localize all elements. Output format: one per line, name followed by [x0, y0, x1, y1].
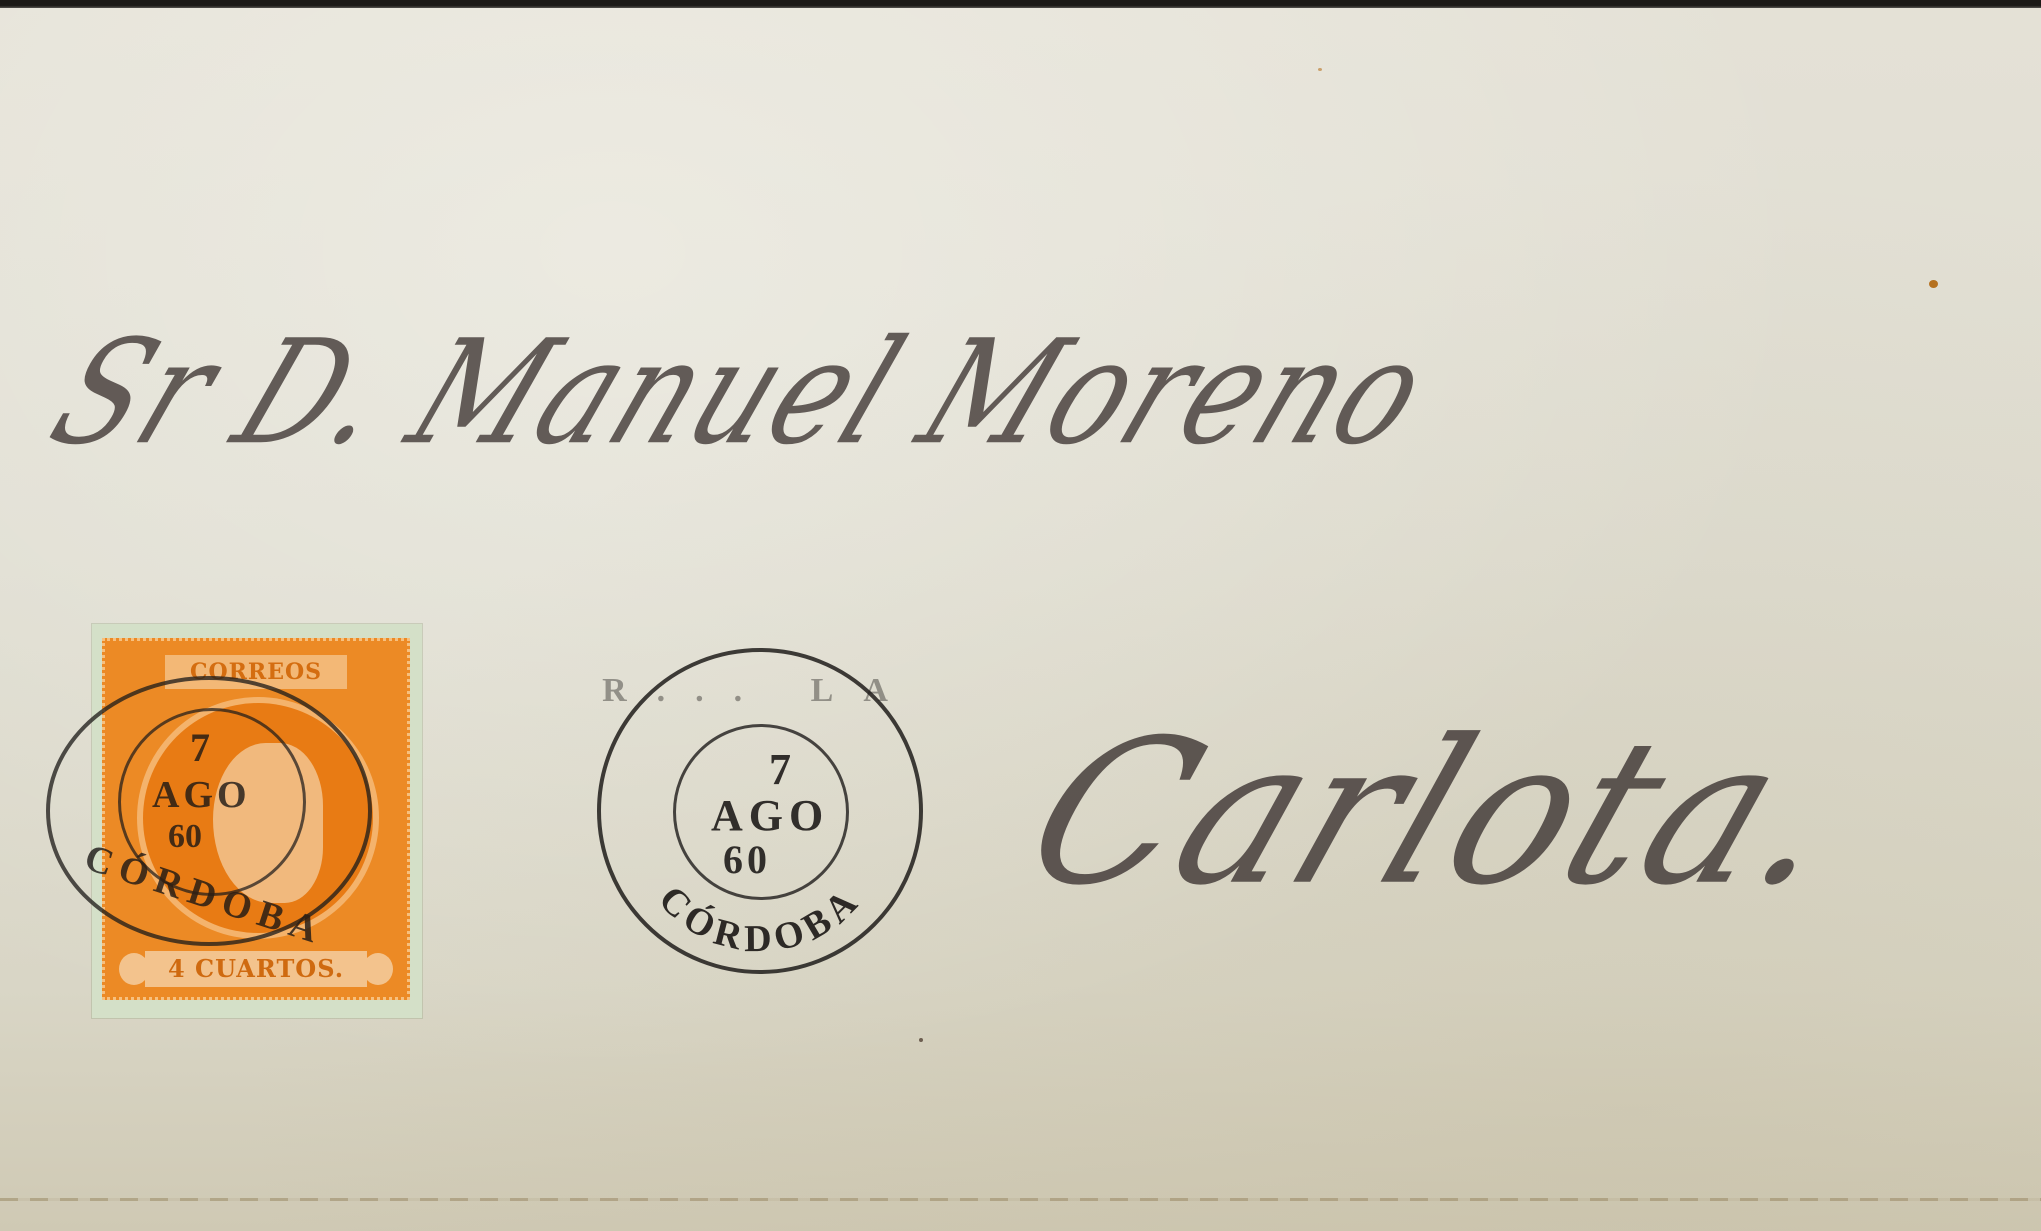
foxing-spot	[1929, 280, 1938, 288]
postmark-cover-datestamp: R... LA 7 AGO 60 CÓRDOBA	[597, 648, 923, 974]
destination-town: Carlota.	[1000, 697, 1875, 929]
postmark-town-arc: CÓRDOBA	[601, 652, 919, 970]
postmark-town: CÓRDOBA	[650, 878, 869, 960]
foxing-spot	[1318, 68, 1322, 71]
rosette-icon	[363, 953, 393, 985]
envelope-cover: Sr D. Manuel Moreno Carlota. CORREOS 4 C…	[0, 8, 2041, 1231]
ink-dot	[919, 1038, 923, 1042]
stamp-value-text: 4 CUARTOS.	[145, 951, 367, 987]
postmark-day: 7	[190, 728, 210, 768]
postmark-stamp-cancel: 7 AGO 60 CÓRDOBA	[46, 676, 372, 946]
svg-text:CÓRDOBA: CÓRDOBA	[650, 878, 869, 960]
postmark-month: AGO	[152, 776, 251, 814]
addressee-name: Sr D. Manuel Moreno	[30, 310, 1451, 477]
postmark-year: 60	[168, 820, 202, 854]
